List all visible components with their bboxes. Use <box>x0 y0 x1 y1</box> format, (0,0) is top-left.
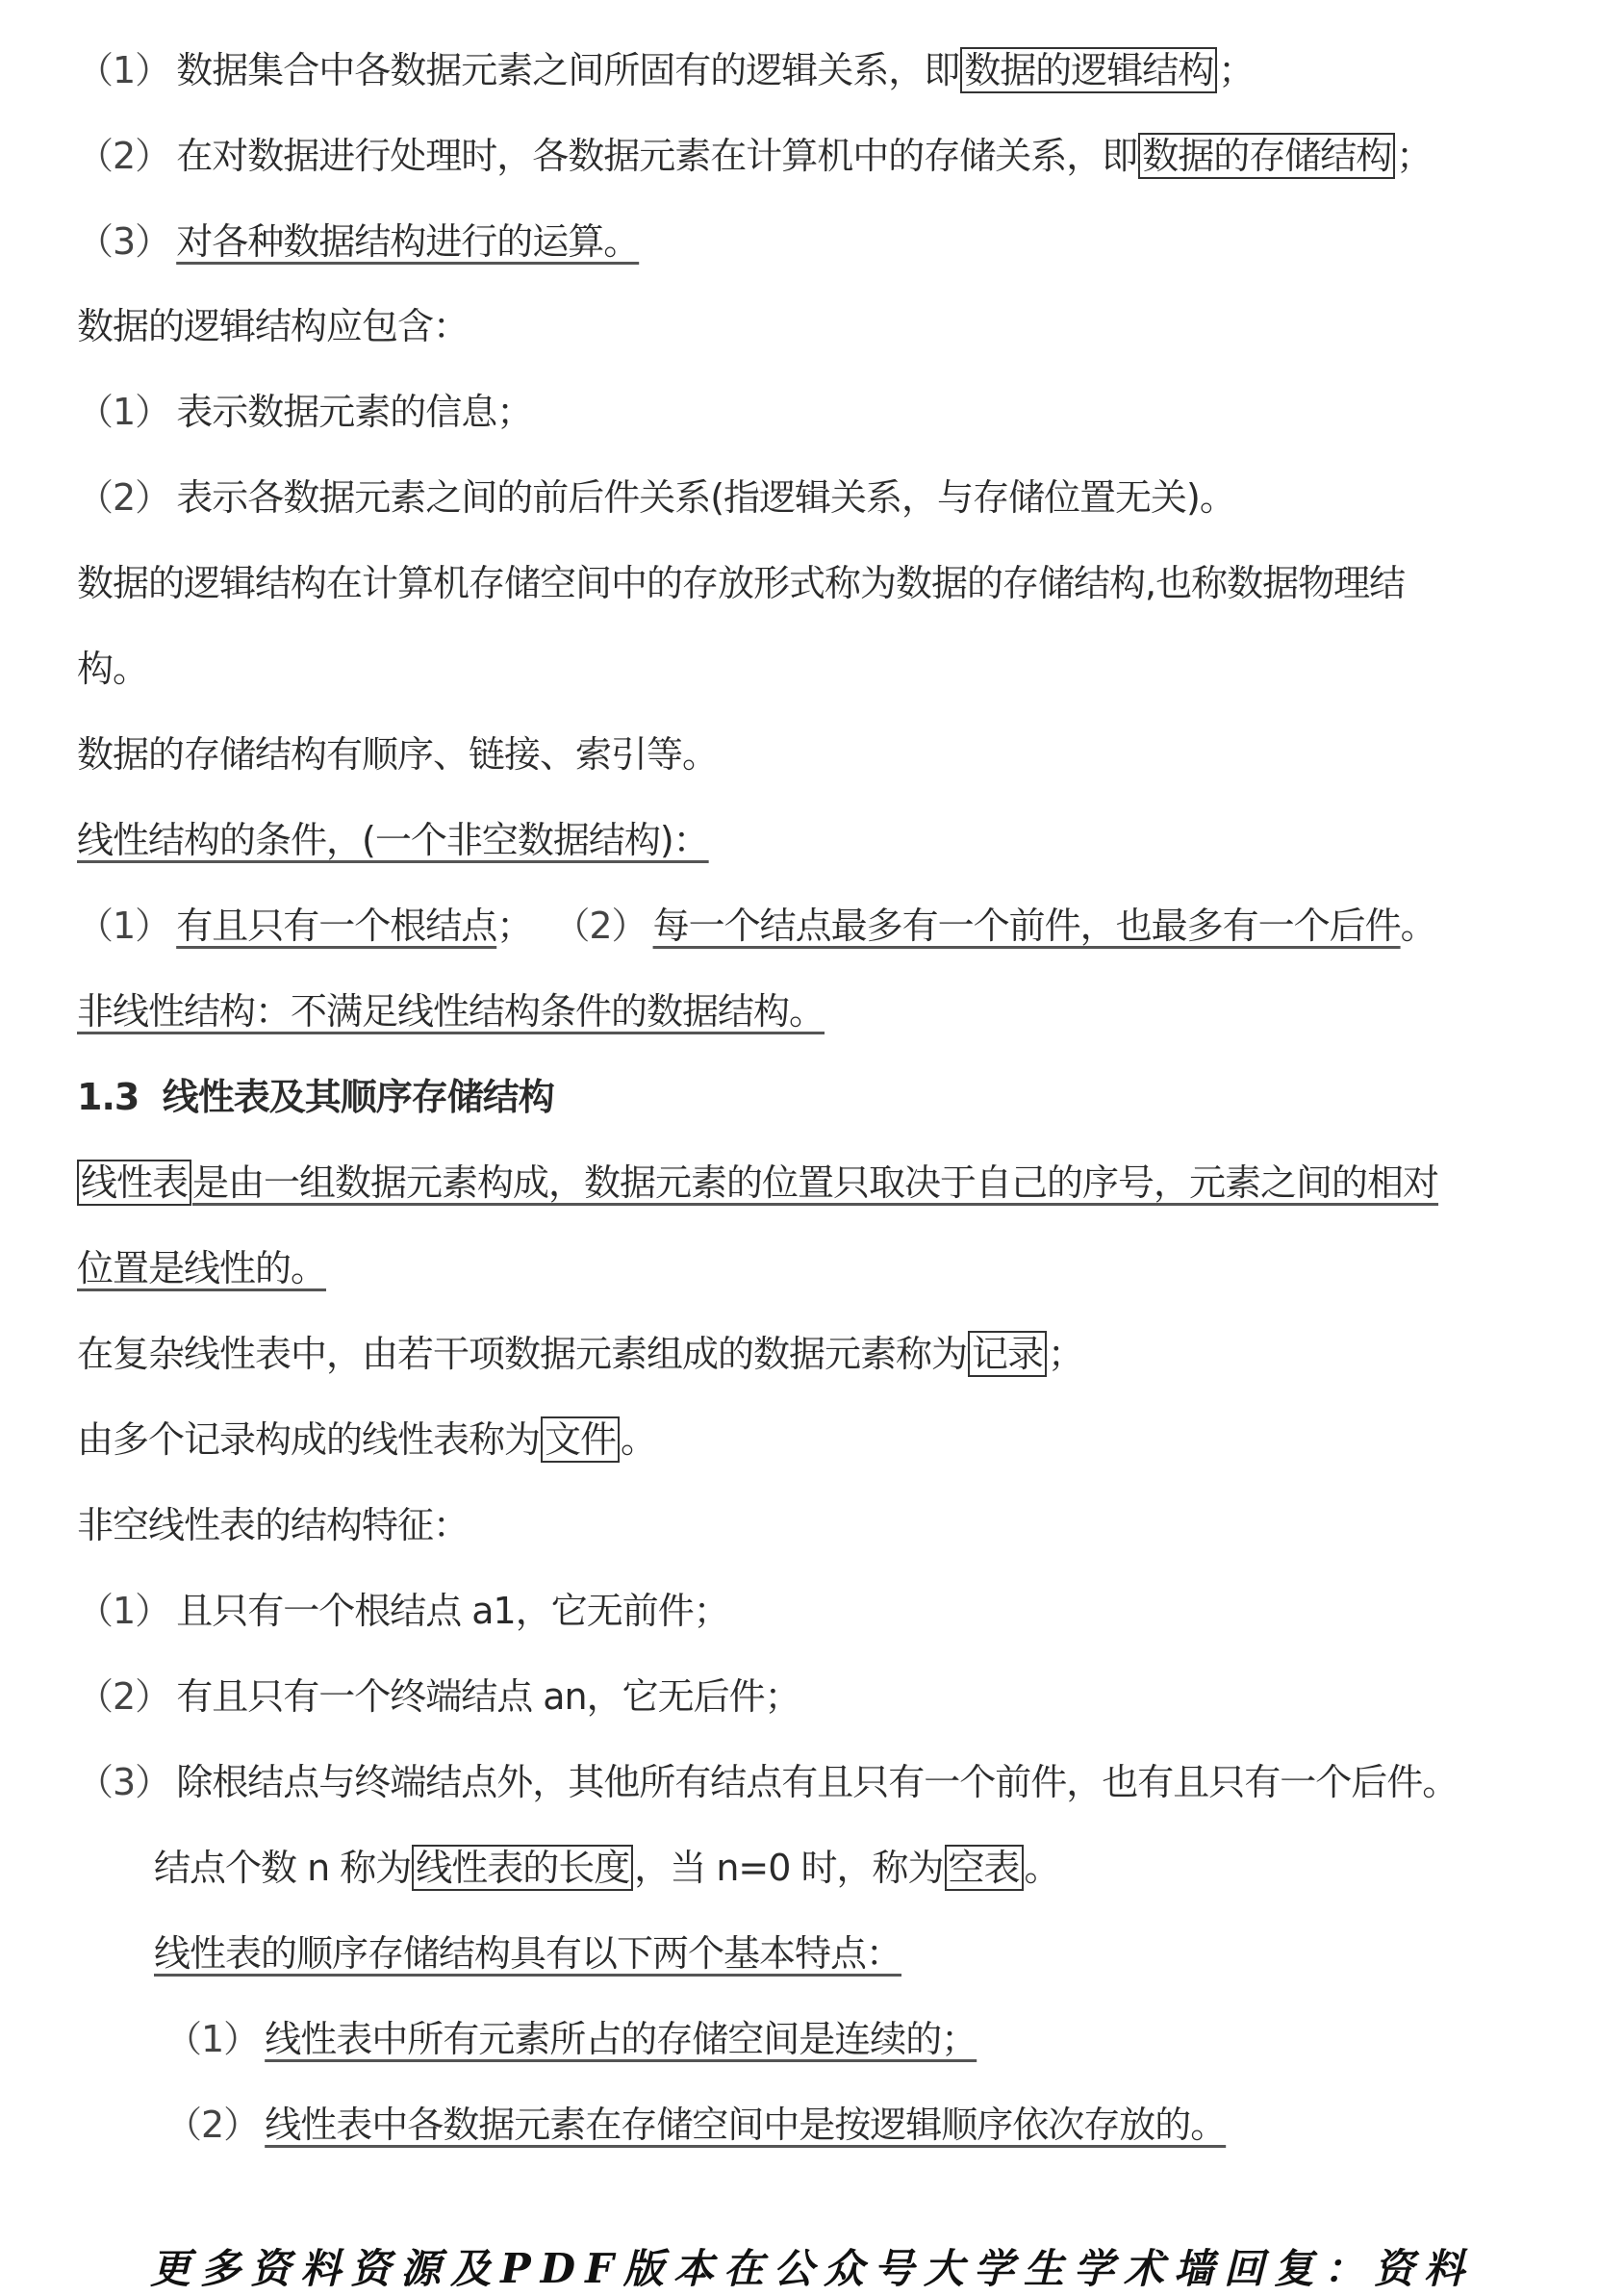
text: 有且只有一个终端结点 an，它无后件； <box>176 1675 799 1718</box>
text: ； <box>1218 49 1254 91</box>
item-number: （2） <box>77 135 170 177</box>
text-line: （2）表示各数据元素之间的前后件关系(指逻辑关系，与存储位置无关)。 <box>77 473 1235 522</box>
boxed-term: 空表 <box>945 1845 1024 1891</box>
underlined-text: 是由一组数据元素构成，数据元素的位置只取决于自己的序号，元素之间的相对 <box>192 1161 1438 1204</box>
text-line: 由多个记录构成的线性表称为文件。 <box>77 1416 656 1464</box>
text: 。 <box>1025 1847 1060 1889</box>
text-line: （3）除根结点与终端结点外，其他所有结点有且只有一个前件，也有且只有一个后件。 <box>77 1758 1458 1806</box>
text: ； <box>496 905 553 947</box>
text: 表示各数据元素之间的前后件关系(指逻辑关系，与存储位置无关)。 <box>176 476 1235 519</box>
text: 除根结点与终端结点外，其他所有结点有且只有一个前件，也有且只有一个后件。 <box>176 1761 1458 1803</box>
text-line: 结点个数 n 称为线性表的长度，当 n=0 时，称为空表。 <box>154 1844 1060 1892</box>
text: ； <box>1048 1333 1083 1375</box>
item-number: （1） <box>77 391 170 433</box>
underlined-text: 线性表的顺序存储结构具有以下两个基本特点： <box>154 1932 901 1975</box>
boxed-term: 文件 <box>541 1416 620 1463</box>
item-number: （2） <box>165 2104 259 2146</box>
boxed-term: 记录 <box>968 1331 1047 1377</box>
underlined-text: 每一个结点最多有一个前件，也最多有一个后件 <box>653 905 1401 947</box>
text-line: 位置是线性的。 <box>77 1244 326 1292</box>
text-line: （1）线性表中所有元素所占的存储空间是连续的； <box>165 2015 977 2063</box>
boxed-term: 线性表的长度 <box>412 1845 633 1891</box>
item-number: （1） <box>77 905 170 947</box>
text: 。 <box>1401 905 1436 947</box>
underlined-text: 线性表中各数据元素在存储空间中是按逻辑顺序依次存放的。 <box>265 2104 1226 2146</box>
item-number: （3） <box>77 220 170 263</box>
boxed-term: 数据的存储结构 <box>1138 133 1395 179</box>
text: 。 <box>621 1418 656 1461</box>
text-line: 线性表的顺序存储结构具有以下两个基本特点： <box>154 1929 901 1977</box>
boxed-term: 数据的逻辑结构 <box>960 47 1217 93</box>
item-number: （2） <box>553 905 647 947</box>
underlined-text: 对各种数据结构进行的运算。 <box>176 220 639 263</box>
text-line: 数据的逻辑结构应包含： <box>77 302 469 350</box>
underlined-text: 非线性结构：不满足线性结构条件的数据结构。 <box>77 990 825 1033</box>
item-number: （1） <box>165 2018 259 2060</box>
text-line: 线性结构的条件，(一个非空数据结构)： <box>77 816 709 864</box>
text-line: 在复杂线性表中，由若干项数据元素组成的数据元素称为记录； <box>77 1330 1083 1378</box>
underlined-text: 位置是线性的。 <box>77 1247 326 1289</box>
item-number: （1） <box>77 49 170 91</box>
underlined-text: 线性结构的条件，(一个非空数据结构)： <box>77 819 709 861</box>
item-number: （2） <box>77 1675 170 1718</box>
text-line: （2）在对数据进行处理时，各数据元素在计算机中的存储关系，即数据的存储结构； <box>77 132 1432 180</box>
text-line: 构。 <box>77 645 148 693</box>
text: ，当 n=0 时，称为 <box>634 1847 943 1889</box>
text-line: 非线性结构：不满足线性结构条件的数据结构。 <box>77 987 825 1035</box>
text-line: （1）有且只有一个根结点； （2）每一个结点最多有一个前件，也最多有一个后件。 <box>77 902 1436 950</box>
text-line: （2）线性表中各数据元素在存储空间中是按逻辑顺序依次存放的。 <box>165 2101 1226 2149</box>
item-number: （3） <box>77 1761 170 1803</box>
item-number: （2） <box>77 476 170 519</box>
text-line: （1）数据集合中各数据元素之间所固有的逻辑关系，即数据的逻辑结构； <box>77 46 1254 94</box>
item-number: （1） <box>77 1590 170 1632</box>
section-heading: 1.3 线性表及其顺序存储结构 <box>77 1073 554 1121</box>
text-line: 数据的存储结构有顺序、链接、索引等。 <box>77 730 718 778</box>
text: 由多个记录构成的线性表称为 <box>77 1418 540 1461</box>
text: 在对数据进行处理时，各数据元素在计算机中的存储关系，即 <box>176 135 1137 177</box>
text: 数据集合中各数据元素之间所固有的逻辑关系，即 <box>176 49 959 91</box>
text-line: （1）且只有一个根结点 a1，它无前件； <box>77 1587 729 1635</box>
text: 结点个数 n 称为 <box>154 1847 411 1889</box>
text: 表示数据元素的信息； <box>176 391 532 433</box>
text-line: （1）表示数据元素的信息； <box>77 388 532 436</box>
text-line: （3）对各种数据结构进行的运算。 <box>77 217 639 266</box>
text-line: 线性表是由一组数据元素构成，数据元素的位置只取决于自己的序号，元素之间的相对 <box>77 1159 1438 1207</box>
footer-note: 更多资料资源及PDF版本在公众号大学生学术墙回复：资料 <box>0 2237 1624 2295</box>
text: ； <box>1396 135 1432 177</box>
boxed-term: 线性表 <box>77 1160 191 1206</box>
text: 且只有一个根结点 a1，它无前件； <box>176 1590 729 1632</box>
underlined-text: 有且只有一个根结点 <box>176 905 496 947</box>
text-line: （2）有且只有一个终端结点 an，它无后件； <box>77 1672 800 1721</box>
underlined-text: 线性表中所有元素所占的存储空间是连续的； <box>265 2018 977 2060</box>
text-line: 非空线性表的结构特征： <box>77 1501 469 1549</box>
text: 在复杂线性表中，由若干项数据元素组成的数据元素称为 <box>77 1333 967 1375</box>
text-line: 数据的逻辑结构在计算机存储空间中的存放形式称为数据的存储结构,也称数据物理结 <box>77 559 1405 607</box>
